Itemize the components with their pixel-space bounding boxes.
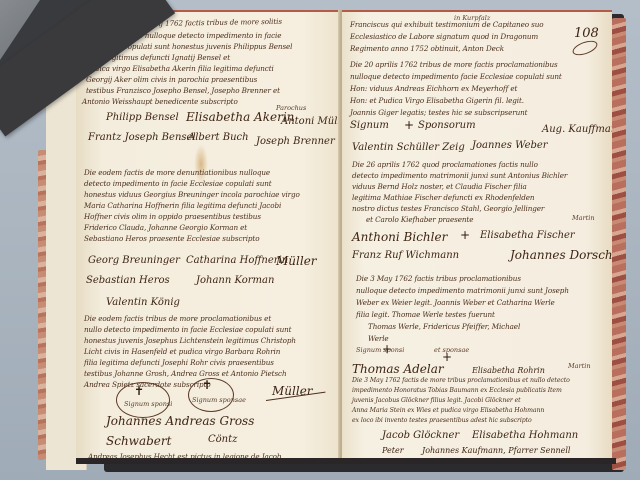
signature: Anthoni Bichler bbox=[352, 230, 447, 244]
signature: Johannes Andreas Gross bbox=[106, 414, 254, 428]
entry-line: Die 3 May 1762 factis de more tribus pro… bbox=[352, 376, 570, 385]
entry-line: Ecclesiastico de Labore signatum quod in… bbox=[350, 32, 538, 41]
signature: Thomas Adelar bbox=[352, 362, 444, 376]
entry-line: impedimento Honoratus Tobias Baumann ex … bbox=[352, 386, 562, 395]
entry-line: honestus viduus Georgius Breuninger inco… bbox=[84, 190, 300, 199]
entry-line: viduus Bernd Holz noster, et Claudia Fis… bbox=[352, 182, 527, 191]
entry-line: Anna Maria Stein ex Wies et pudica virgo… bbox=[352, 406, 544, 415]
entry-line: Franciscus qui exhibuit testimonium de C… bbox=[350, 20, 543, 29]
marbled-edge-right bbox=[612, 18, 626, 470]
signature: Philipp Bensel bbox=[106, 112, 179, 123]
entry-line: Die eodem factis tribus de more proclama… bbox=[84, 314, 271, 323]
signum-label: Signum sponsi bbox=[356, 346, 404, 354]
entry-line: testibus Johanne Grosh, Andrea Gross et … bbox=[84, 369, 287, 378]
entry-line: Hoffner civis olim in oppido praesentibu… bbox=[84, 212, 261, 221]
water-stain bbox=[194, 144, 208, 184]
entry-line: detecto impedimento in facie Ecclesiae c… bbox=[84, 179, 272, 188]
signum-label: Signum sponsae bbox=[192, 396, 246, 404]
signature: Frantz Joseph Bensel bbox=[88, 132, 196, 143]
signature: Antoni Müller bbox=[281, 116, 340, 127]
entry-line: Georgij Aker olim civis in parochia prae… bbox=[86, 75, 257, 84]
entry-line: Hon: viduus Andreas Eichhorn ex Meyerhof… bbox=[350, 84, 517, 93]
entry-line: legitima Mathiae Fischer defuncti ex Rho… bbox=[352, 193, 534, 202]
margin-note: Martin bbox=[568, 362, 591, 370]
signature: Valentin König bbox=[106, 297, 180, 308]
left-page: Die 22da Februarij 1762 factis tribus de… bbox=[76, 10, 340, 464]
entry-line: pudica virgo Elisabetha Akerin filia leg… bbox=[86, 64, 274, 73]
entry-line: nullo detecto impedimento in facie Eccle… bbox=[84, 325, 291, 334]
folio-number: 108 bbox=[574, 26, 599, 41]
entry-line: nulloque detecto impedimento matrimonii … bbox=[356, 286, 569, 295]
signature: Jacob Glöckner bbox=[382, 430, 459, 441]
signature: Elisabetha Hohmann bbox=[472, 430, 578, 441]
signature: Peter bbox=[382, 446, 404, 455]
entry-line: Sebastiano Heros praesente Ecclesiae sub… bbox=[84, 234, 259, 243]
signature: Elisabetha Akerin bbox=[186, 110, 294, 124]
right-page: in Kurpfalz Franciscus qui exhibuit test… bbox=[342, 10, 612, 464]
signature: Müller bbox=[276, 254, 317, 268]
signature: Joseph Brenner bbox=[256, 136, 335, 147]
signature: Johannes Dorsch bbox=[510, 248, 612, 262]
entry-line: Thomas Werle, Fridericus Pfeiffer, Micha… bbox=[368, 322, 520, 331]
cross-mark-icon: + bbox=[404, 118, 414, 132]
margin-note: Martin bbox=[572, 214, 595, 222]
signature: Signum bbox=[350, 120, 389, 131]
entry-line: Joannis Giger legatis; testes hic se sub… bbox=[350, 108, 527, 117]
entry-line: filia legitima defuncti Josephi Rohr civ… bbox=[84, 358, 274, 367]
entry-line: Antonio Weisshaupt benedicente subscript… bbox=[82, 97, 238, 106]
signum-label: Signum sponsi bbox=[124, 400, 172, 408]
book-bottom-edge bbox=[76, 458, 616, 464]
entry-line: nostro dictus testes Francisco Stahl, Ge… bbox=[352, 204, 544, 213]
signature: Albert Buch bbox=[188, 132, 249, 143]
entry-line: Maria Catharina Hoffnerin filia legitima… bbox=[84, 201, 281, 210]
cross-mark-icon: + bbox=[460, 228, 470, 242]
entry-line: Die eodem factis de more denuntiationibu… bbox=[84, 168, 270, 177]
cross-mark-icon: ✝ bbox=[202, 378, 212, 392]
cross-mark-icon: ✝ bbox=[134, 384, 144, 398]
signature: Catharina Hoffnerin bbox=[186, 255, 288, 266]
signature: Sebastian Heros bbox=[86, 275, 170, 286]
entry-line: testibus Franzisco Josepho Bensel, Josep… bbox=[86, 86, 280, 95]
signature: Schwabert bbox=[106, 434, 171, 448]
entry-line: detecto impedimento matrimonii junxi sun… bbox=[352, 171, 567, 180]
signature: Elisabetha Fischer bbox=[480, 230, 575, 241]
cross-mark-icon: + bbox=[382, 342, 392, 356]
signature: Joannes Weber bbox=[472, 140, 548, 151]
entry-line: Die 3 May 1762 factis tribus proclamatio… bbox=[356, 274, 521, 283]
entry-line: nulloque detecto impedimento facie Eccle… bbox=[350, 72, 562, 81]
signature: Valentin Schüller Zeig bbox=[352, 142, 465, 153]
signature: Aug. Kauffmann bbox=[542, 124, 612, 135]
signature: Johann Korman bbox=[196, 275, 274, 286]
entry-line: juvenis Jacobus Glöckner filius legit. J… bbox=[352, 396, 521, 405]
entry-line: Die 20 aprilis 1762 tribus de more facti… bbox=[350, 60, 558, 69]
entry-line: Hon: et Pudica Virgo Elisabetha Gigerin … bbox=[350, 96, 524, 105]
margin-note: Parochus bbox=[276, 104, 306, 112]
signature: Sponsorum bbox=[418, 120, 476, 131]
signature: Georg Breuninger bbox=[88, 255, 180, 266]
signature: Cöntz bbox=[208, 434, 237, 445]
signature: Franz Ruf Wichmann bbox=[352, 250, 459, 261]
entry-line: Regimento anno 1752 obtinuit, Anton Deck bbox=[350, 44, 504, 53]
entry-line: Die 26 aprilis 1762 quod proclamationes … bbox=[352, 160, 538, 169]
signature: Elisabetha Rohrin bbox=[472, 366, 545, 375]
entry-line: Weber ex Weier legit. Joannis Weber et C… bbox=[356, 298, 555, 307]
entry-line: Friderico Clauda, Johanne Georgio Korman… bbox=[84, 223, 247, 232]
entry-line: honestus juvenis Josephus Lichtenstein l… bbox=[84, 336, 296, 345]
entry-line: filia legit. Thomae Werle testes fuerunt bbox=[356, 310, 495, 319]
entry-line: et Carolo Kiefhaber praesente bbox=[366, 215, 473, 224]
signature: Johannes Kaufmann, Pfarrer Sennell bbox=[422, 446, 570, 455]
entry-line: ex loco ibi invento testes praesentibus … bbox=[352, 416, 532, 425]
entry-line: Licht civis in Hasenfeld et pudica virgo… bbox=[84, 347, 280, 356]
